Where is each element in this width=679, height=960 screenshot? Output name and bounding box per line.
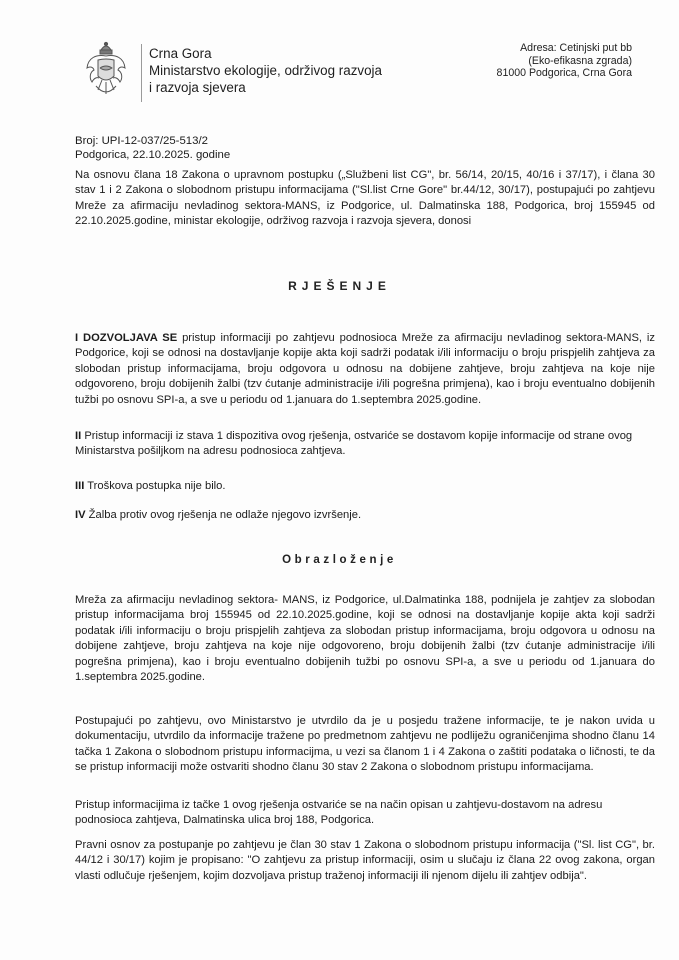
decision-item-text: Žalba protiv ovog rješenja ne odlaže nje…: [86, 509, 362, 521]
decision-item-3: III Troškova postupka nije bilo.: [75, 479, 655, 494]
country-name: Crna Gora: [149, 45, 382, 62]
address-line2: (Eko-efikasna zgrada): [497, 55, 632, 68]
decision-item-lead: III: [75, 480, 84, 492]
preamble-paragraph: Na osnovu člana 18 Zakona o upravnom pos…: [75, 168, 655, 230]
decision-item-lead: IV: [75, 509, 86, 521]
reasoning-title: Obrazloženje: [0, 554, 679, 566]
decision-item-2: II Pristup informaciji iz stava 1 dispoz…: [75, 429, 655, 460]
decision-item-lead: I DOZVOLJAVA SE: [75, 332, 177, 344]
decision-item-text: Troškova postupka nije bilo.: [84, 480, 225, 492]
ministry-name-line2: i razvoja sjevera: [149, 79, 382, 96]
document-page: Crna Gora Ministarstvo ekologije, održiv…: [0, 0, 679, 960]
reasoning-paragraph-4: Pravni osnov za postupanje po zahtjevu j…: [75, 838, 655, 884]
ministry-name-line1: Ministarstvo ekologije, održivog razvoja: [149, 62, 382, 79]
document-place-date: Podgorica, 22.10.2025. godine: [75, 148, 230, 162]
document-number: Broj: UPI-12-037/25-513/2: [75, 134, 230, 148]
header-divider: [141, 44, 142, 102]
document-meta: Broj: UPI-12-037/25-513/2 Podgorica, 22.…: [75, 134, 230, 162]
decision-title: RJEŠENJE: [0, 279, 679, 293]
reasoning-paragraph-3: Pristup informacijima iz tačke 1 ovog rj…: [75, 798, 655, 829]
address-line1: Adresa: Cetinjski put bb: [497, 42, 632, 55]
montenegro-coat-of-arms-icon: [84, 40, 128, 100]
address-line3: 81000 Podgorica, Crna Gora: [497, 67, 632, 80]
address-block: Adresa: Cetinjski put bb (Eko-efikasna z…: [497, 42, 632, 80]
decision-item-text: Pristup informaciji iz stava 1 dispoziti…: [75, 430, 632, 457]
decision-item-1: I DOZVOLJAVA SE pristup informaciji po z…: [75, 331, 655, 408]
reasoning-paragraph-1: Mreža za afirmaciju nevladinog sektora- …: [75, 593, 655, 685]
decision-item-4: IV Žalba protiv ovog rješenja ne odlaže …: [75, 508, 655, 523]
issuer-block: Crna Gora Ministarstvo ekologije, održiv…: [149, 45, 382, 96]
reasoning-paragraph-2: Postupajući po zahtjevu, ovo Ministarstv…: [75, 714, 655, 776]
